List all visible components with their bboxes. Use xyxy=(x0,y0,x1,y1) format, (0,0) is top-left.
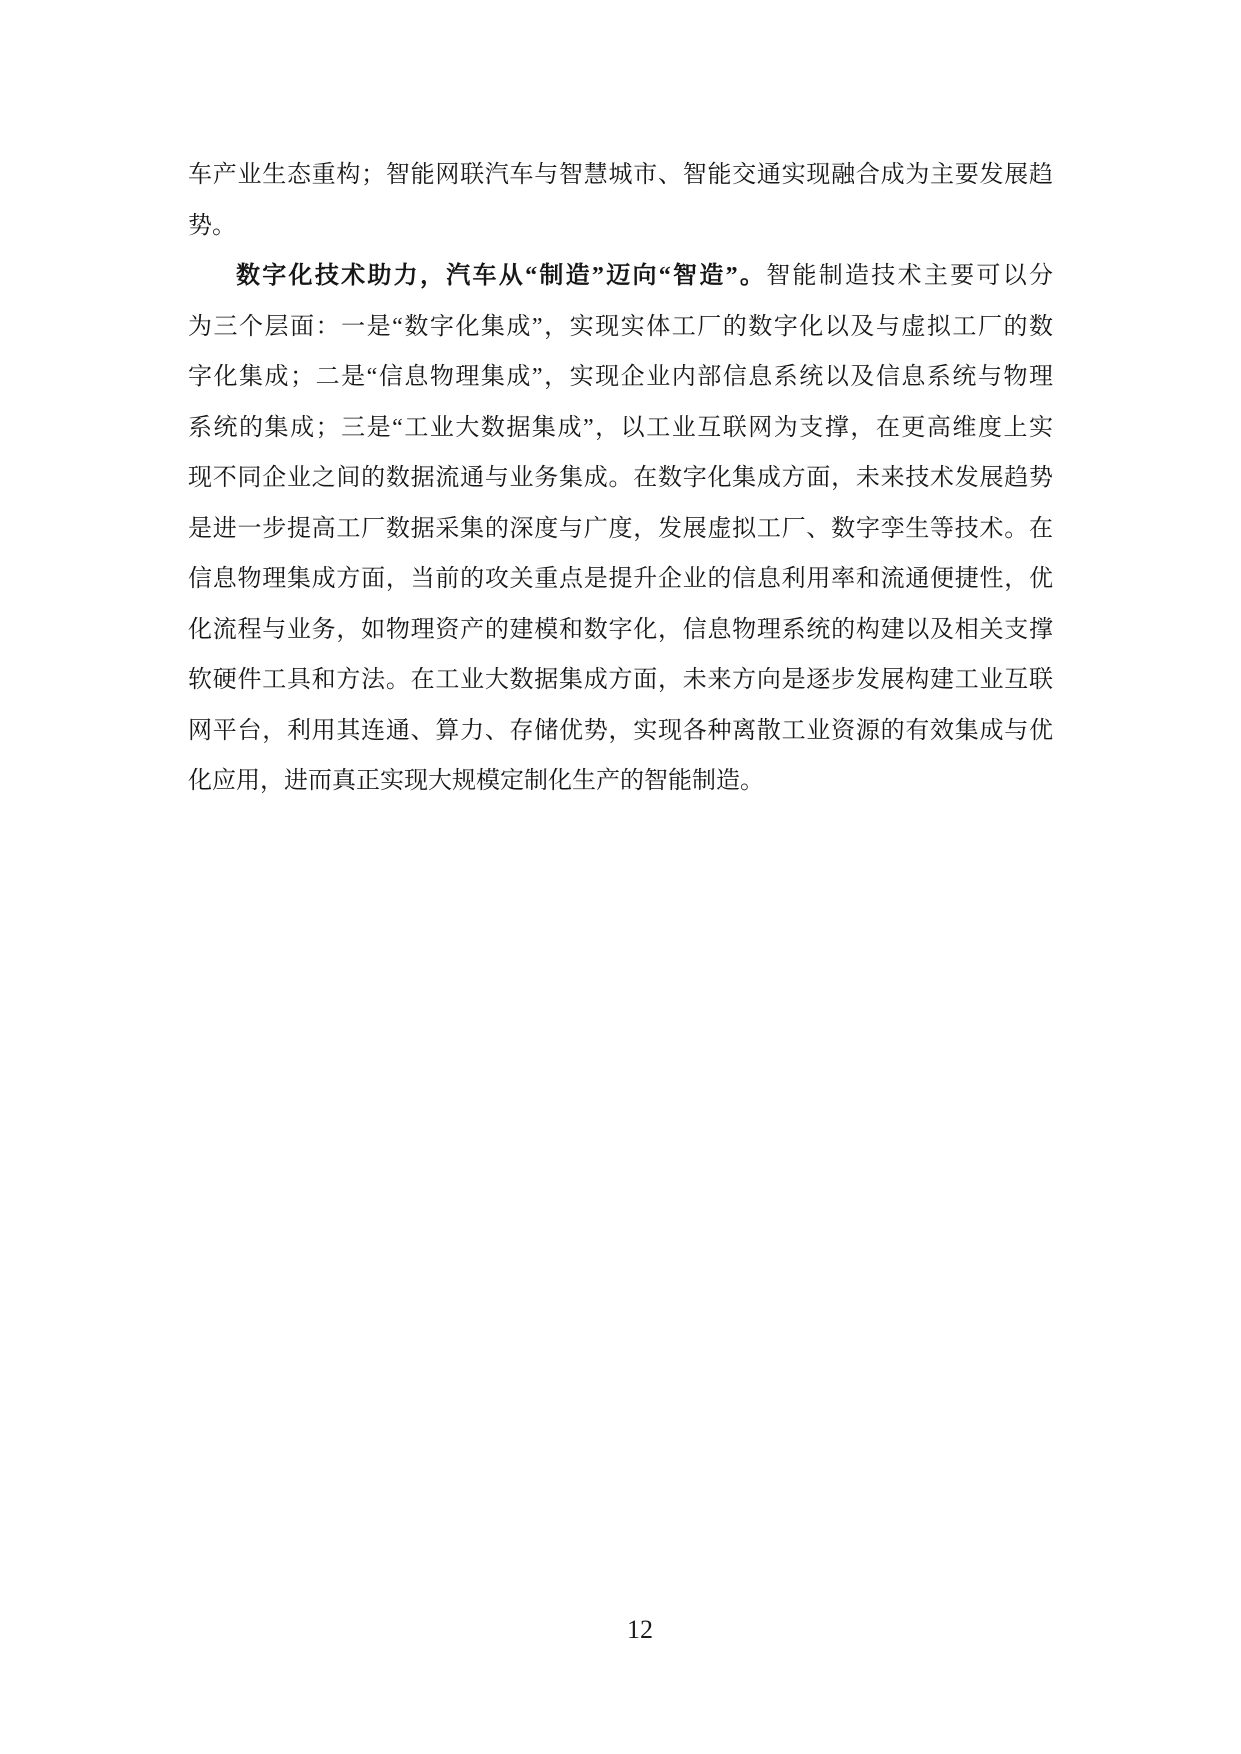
text-run: 字化集成；二是“信息物理集成”，实现企业内部信息系统以及信息系统与物理 xyxy=(188,364,1053,390)
text-line: 字化集成；二是“信息物理集成”，实现企业内部信息系统以及信息系统与物理 xyxy=(188,352,1053,403)
text-run: 软硬件工具和方法。在工业大数据集成方面，未来方向是逐步发展构建工业互联 xyxy=(188,667,1053,693)
text-line: 车产业生态重构；智能网联汽车与智慧城市、智能交通实现融合成为主要发展趋 xyxy=(188,150,1053,201)
page-number: 12 xyxy=(627,1615,653,1644)
text-line: 信息物理集成方面，当前的攻关重点是提升企业的信息利用率和流通便捷性，优 xyxy=(188,554,1053,605)
text-run: 化流程与业务，如物理资产的建模和数字化，信息物理系统的构建以及相关支撑 xyxy=(188,617,1053,643)
text-line: 网平台，利用其连通、算力、存储优势，实现各种离散工业资源的有效集成与优 xyxy=(188,706,1053,757)
text-line: 系统的集成；三是“工业大数据集成”，以工业互联网为支撑，在更高维度上实 xyxy=(188,403,1053,454)
text-line: 软硬件工具和方法。在工业大数据集成方面，未来方向是逐步发展构建工业互联 xyxy=(188,655,1053,706)
text-run: 信息物理集成方面，当前的攻关重点是提升企业的信息利用率和流通便捷性，优 xyxy=(188,566,1053,592)
text-line: 势。 xyxy=(188,201,1053,252)
document-page: 车产业生态重构；智能网联汽车与智慧城市、智能交通实现融合成为主要发展趋 势。 数… xyxy=(0,0,1241,1754)
text-run: 化应用，进而真正实现大规模定制化生产的智能制造。 xyxy=(188,768,764,794)
page-footer: 12 xyxy=(0,1614,1241,1646)
text-line: 为三个层面：一是“数字化集成”，实现实体工厂的数字化以及与虚拟工厂的数 xyxy=(188,302,1053,353)
text-run: 网平台，利用其连通、算力、存储优势，实现各种离散工业资源的有效集成与优 xyxy=(188,718,1053,744)
text-run: 现不同企业之间的数据流通与业务集成。在数字化集成方面，未来技术发展趋势 xyxy=(188,465,1053,491)
text-run: 为三个层面：一是“数字化集成”，实现实体工厂的数字化以及与虚拟工厂的数 xyxy=(188,314,1053,340)
text-line: 现不同企业之间的数据流通与业务集成。在数字化集成方面，未来技术发展趋势 xyxy=(188,453,1053,504)
text-line: 数字化技术助力，汽车从“制造”迈向“智造”。智能制造技术主要可以分 xyxy=(188,251,1053,302)
text-run-bold: 数字化技术助力，汽车从“制造”迈向“智造”。 xyxy=(236,263,766,289)
text-run: 是进一步提高工厂数据采集的深度与广度，发展虚拟工厂、数字孪生等技术。在 xyxy=(188,516,1053,542)
text-line: 化应用，进而真正实现大规模定制化生产的智能制造。 xyxy=(188,756,1053,807)
text-run: 智能制造技术主要可以分 xyxy=(766,263,1053,289)
text-run: 系统的集成；三是“工业大数据集成”，以工业互联网为支撑，在更高维度上实 xyxy=(188,415,1053,441)
text-body: 车产业生态重构；智能网联汽车与智慧城市、智能交通实现融合成为主要发展趋 势。 数… xyxy=(188,150,1053,807)
text-line: 是进一步提高工厂数据采集的深度与广度，发展虚拟工厂、数字孪生等技术。在 xyxy=(188,504,1053,555)
text-line: 化流程与业务，如物理资产的建模和数字化，信息物理系统的构建以及相关支撑 xyxy=(188,605,1053,656)
text-run: 势。 xyxy=(188,213,236,239)
text-run: 车产业生态重构；智能网联汽车与智慧城市、智能交通实现融合成为主要发展趋 xyxy=(188,162,1053,188)
